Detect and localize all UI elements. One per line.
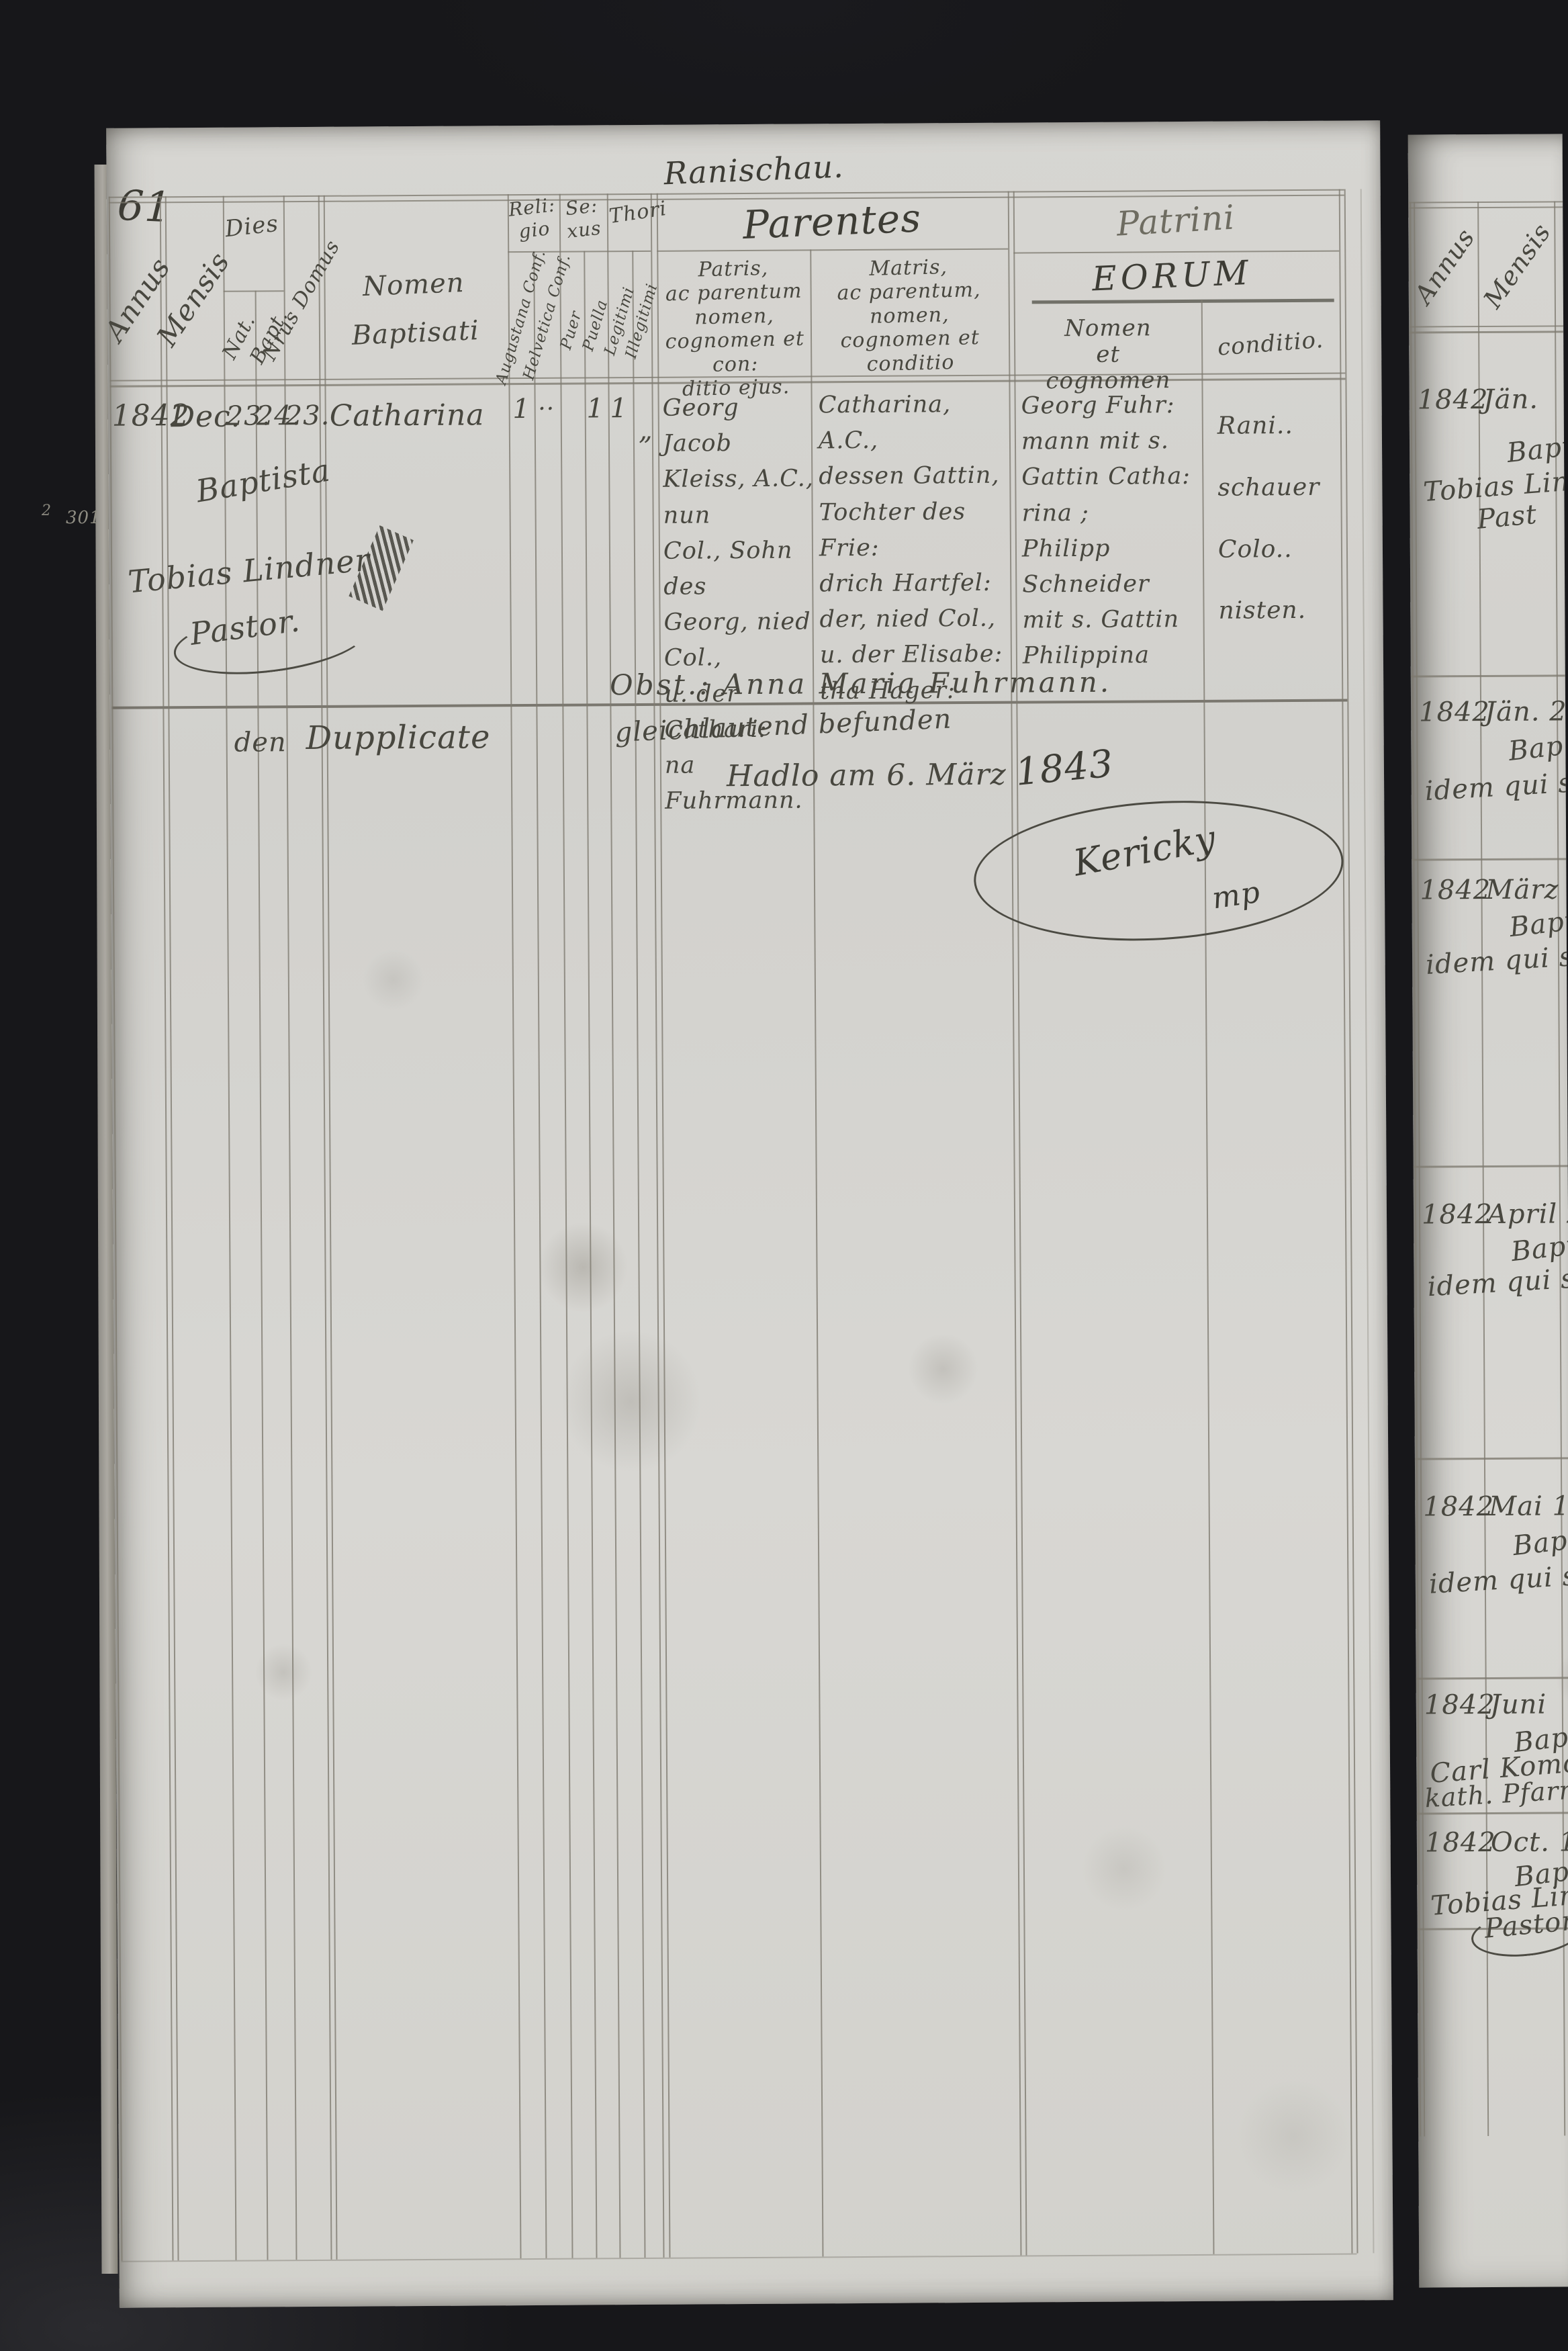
rp-row-line2: idem qui s [1424, 763, 1568, 812]
attestation-place-date: Hadlo am 6. März [727, 753, 1007, 799]
col-header-patrini-nomen: Nomen et cognomen [1027, 315, 1189, 395]
attestation-word-den: den [234, 722, 287, 762]
rp-top-rule-1 [1408, 201, 1563, 203]
scanned-register-photo: 2 301 Ranischau. 61 [0, 0, 1568, 2351]
col-header-religio: Reli: gio [507, 193, 559, 244]
rp-row-annus: 1842 [1422, 1194, 1493, 1235]
entry-obstetrix: Obst.: Anna Maria Fuhrmann. [610, 661, 1111, 707]
v-sexus-right [607, 193, 621, 2258]
rp-header-bottom-2 [1409, 330, 1563, 333]
col-header-patris: Patris, ac parentum nomen, cognomen et c… [659, 256, 810, 402]
register-right-page: Annus Mensis 1842 Jän. Bapt Tobias Lin P… [1408, 134, 1568, 2287]
rp-top-rule-2 [1408, 206, 1563, 208]
entry-mark-augustana: 1 [512, 389, 531, 429]
rp-row-annus: 1842 [1423, 1487, 1494, 1527]
rp-row-line2: idem qui s [1426, 1259, 1568, 1308]
rp-row-rule-3 [1414, 1165, 1568, 1167]
rp-row-mensis: Jän. [1483, 380, 1539, 420]
col-header-dies: Dies [224, 207, 281, 247]
register-left-page: Ranischau. 61 [106, 120, 1393, 2308]
v-page-right-edge [1361, 189, 1375, 2253]
v-religio-divider [533, 251, 547, 2258]
col-header-sexus: Se: xus [558, 193, 607, 243]
entry-mark-puella: 1 [586, 388, 604, 429]
entry-patrini-conditio-cell: Rani.. schauer Colo.. nisten. [1217, 395, 1340, 642]
rp-row-line2: idem qui su [1425, 936, 1568, 985]
rp-col-header-mensis: Mensis [1474, 216, 1560, 316]
entry-mark-helvetica: .. [538, 384, 555, 420]
col-header-patrini-conditio: conditio. [1216, 323, 1325, 365]
rp-row-rule-4 [1415, 1457, 1568, 1460]
rp-row-annus: 1842 [1420, 870, 1491, 911]
rp-row-annus: 1842 [1425, 1822, 1496, 1863]
v-religio-right [559, 194, 573, 2258]
margin-small-number: 2 [42, 500, 52, 522]
rp-col-header-annus: Annus [1408, 221, 1485, 312]
rp-row-line2: idem qui su [1428, 1555, 1568, 1605]
rp-row-annus: 1842 [1424, 1685, 1495, 1726]
entry-mark-legitimi: 1 [610, 388, 628, 429]
entry-baptista-label: Baptista [193, 447, 334, 515]
section-header-eorum: EORUM [1091, 248, 1253, 305]
attestation-year: 1843 [1013, 736, 1116, 801]
entry-patrini-nomen-cell: Georg Fuhr: mann mit s. Gattin Catha: ri… [1021, 388, 1208, 674]
place-title: Ranischau. [663, 143, 845, 197]
rp-row-rule-2 [1412, 858, 1566, 860]
rp-row-line3: Past [1475, 494, 1539, 540]
margin-number: 301 [66, 505, 101, 531]
section-header-patrini: Patrini [1115, 193, 1236, 250]
v-sexus-divider [584, 251, 597, 2258]
rp-row-annus: 1842 [1419, 692, 1490, 733]
entry-patris-ditto: „ [639, 410, 653, 451]
section-header-parentes: Parentes [741, 189, 922, 255]
rp-row-rule-5 [1416, 1677, 1568, 1679]
rp-row-rule-1 [1411, 674, 1565, 677]
entry-nomen-baptisati: Catharina [330, 393, 485, 438]
rp-row-mensis: Juni [1490, 1685, 1547, 1725]
v-nomen-right [508, 194, 522, 2258]
attestation-word-dupplicate: Dupplicate [306, 713, 490, 762]
col-header-matris: Matris, ac parentum, nomen, cognomen et … [813, 254, 1007, 378]
rp-row-annus: 1842 [1418, 380, 1489, 420]
entry-domus: 23. [285, 396, 330, 436]
v-bapt-domus [283, 195, 297, 2260]
signature-mp: mp [1209, 871, 1264, 922]
col-header-nomen: Nomen Baptisati [327, 257, 502, 361]
table-bottom-rule [122, 2254, 1357, 2262]
v-thori-divider [632, 251, 645, 2258]
rp-header-bottom-1 [1409, 325, 1563, 327]
dies-underline [224, 290, 284, 292]
